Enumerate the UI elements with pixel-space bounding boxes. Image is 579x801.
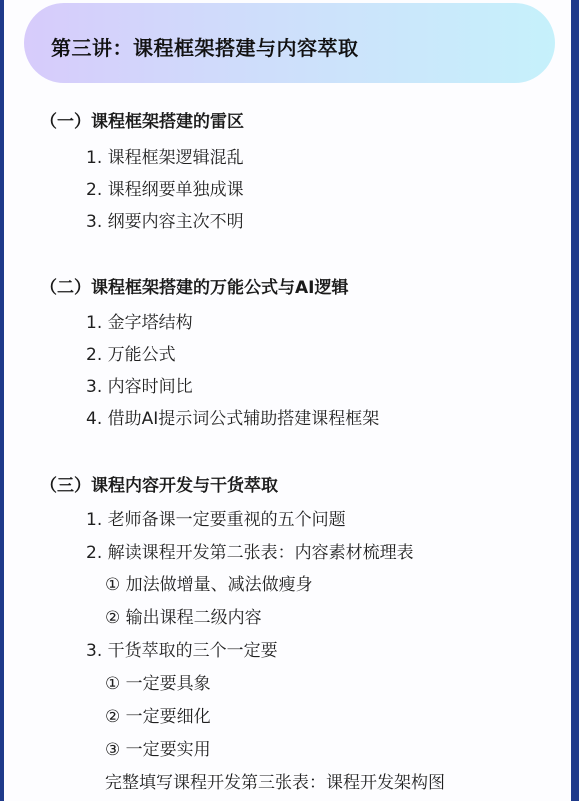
section-3-item-2-sub-1: ① 加法做增量、减法做瘦身 (105, 570, 313, 595)
right-frame-border (571, 0, 579, 801)
section-3-item-3-sub-3: ③ 一定要实用 (105, 735, 211, 760)
section-2-item-1: 1. 金字塔结构 (86, 308, 193, 333)
title-banner: 第三讲：课程框架搭建与内容萃取 (24, 3, 555, 83)
page-title: 第三讲：课程框架搭建与内容萃取 (51, 32, 359, 61)
section-3-item-3-sub-2: ② 一定要细化 (105, 702, 211, 727)
section-2-item-3: 3. 内容时间比 (86, 372, 193, 397)
section-1-item-3: 3. 纲要内容主次不明 (86, 207, 244, 232)
section-1-item-2: 2. 课程纲要单独成课 (86, 175, 244, 200)
outline-page: 第三讲：课程框架搭建与内容萃取 （一）课程框架搭建的雷区 1. 课程框架逻辑混乱… (4, 0, 571, 801)
section-3-item-2: 2. 解读课程开发第二张表：内容素材梳理表 (86, 538, 414, 563)
section-heading-3: （三）课程内容开发与干货萃取 (40, 471, 278, 496)
section-3-item-3-note: 完整填写课程开发第三张表：课程开发架构图 (105, 768, 445, 793)
section-3-item-3: 3. 干货萃取的三个一定要 (86, 636, 278, 661)
section-2-item-2: 2. 万能公式 (86, 340, 176, 365)
section-heading-2: （二）课程框架搭建的万能公式与AI逻辑 (40, 273, 348, 298)
section-2-item-4: 4. 借助AI提示词公式辅助搭建课程框架 (86, 404, 379, 429)
section-1-item-1: 1. 课程框架逻辑混乱 (86, 143, 244, 168)
section-3-item-3-sub-1: ① 一定要具象 (105, 669, 211, 694)
section-3-item-1: 1. 老师备课一定要重视的五个问题 (86, 505, 346, 530)
section-3-item-2-sub-2: ② 输出课程二级内容 (105, 603, 262, 628)
section-heading-1: （一）课程框架搭建的雷区 (40, 107, 244, 132)
